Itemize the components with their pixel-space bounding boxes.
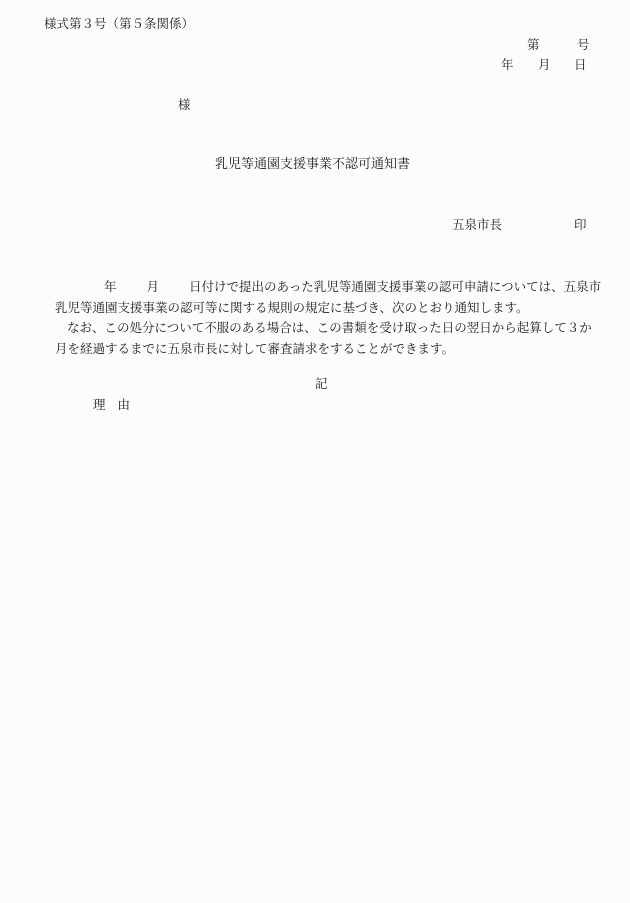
body-line-1-text: 日付けで提出のあった乳児等通園支援事業の認可申請については、五泉市 xyxy=(189,279,601,294)
body-line-3: なお、この処分について不服のある場合は、この書類を受け取った日の翌日から起算して… xyxy=(55,318,590,339)
date-month-label: 月 xyxy=(538,59,551,72)
notice-body: 年月日付けで提出のあった乳児等通園支援事業の認可申請については、五泉市 乳児等通… xyxy=(55,277,590,359)
body-month-label: 月 xyxy=(147,279,160,294)
seal-mark: 印 xyxy=(574,219,587,232)
body-line-1: 年月日付けで提出のあった乳児等通園支援事業の認可申請については、五泉市 xyxy=(55,277,590,298)
addressee-honorific: 様 xyxy=(178,99,191,112)
body-year-label: 年 xyxy=(104,279,117,294)
body-line-2: 乳児等通園支援事業の認可等に関する規則の規定に基づき、次のとおり通知します。 xyxy=(55,298,590,319)
body-line-4: 月を経過するまでに五泉市長に対して審査請求をすることができます。 xyxy=(55,339,590,360)
body-line-3-text: なお、この処分について不服のある場合は、この書類を受け取った日の翌日から起算して… xyxy=(67,320,592,335)
form-number: 様式第３号（第５条関係） xyxy=(44,18,194,31)
reason-label-second: 由 xyxy=(118,397,131,412)
ki-heading: 記 xyxy=(315,378,328,391)
document-title: 乳児等通園支援事業不認可通知書 xyxy=(215,158,410,171)
date-year-label: 年 xyxy=(501,59,514,72)
issuer-name: 五泉市長 xyxy=(452,219,502,232)
document-number-suffix: 号 xyxy=(577,39,590,52)
document-number-prefix: 第 xyxy=(527,39,540,52)
date-day-label: 日 xyxy=(574,59,587,72)
reason-label-first: 理 xyxy=(93,397,106,412)
reason-label: 理由 xyxy=(93,399,130,412)
